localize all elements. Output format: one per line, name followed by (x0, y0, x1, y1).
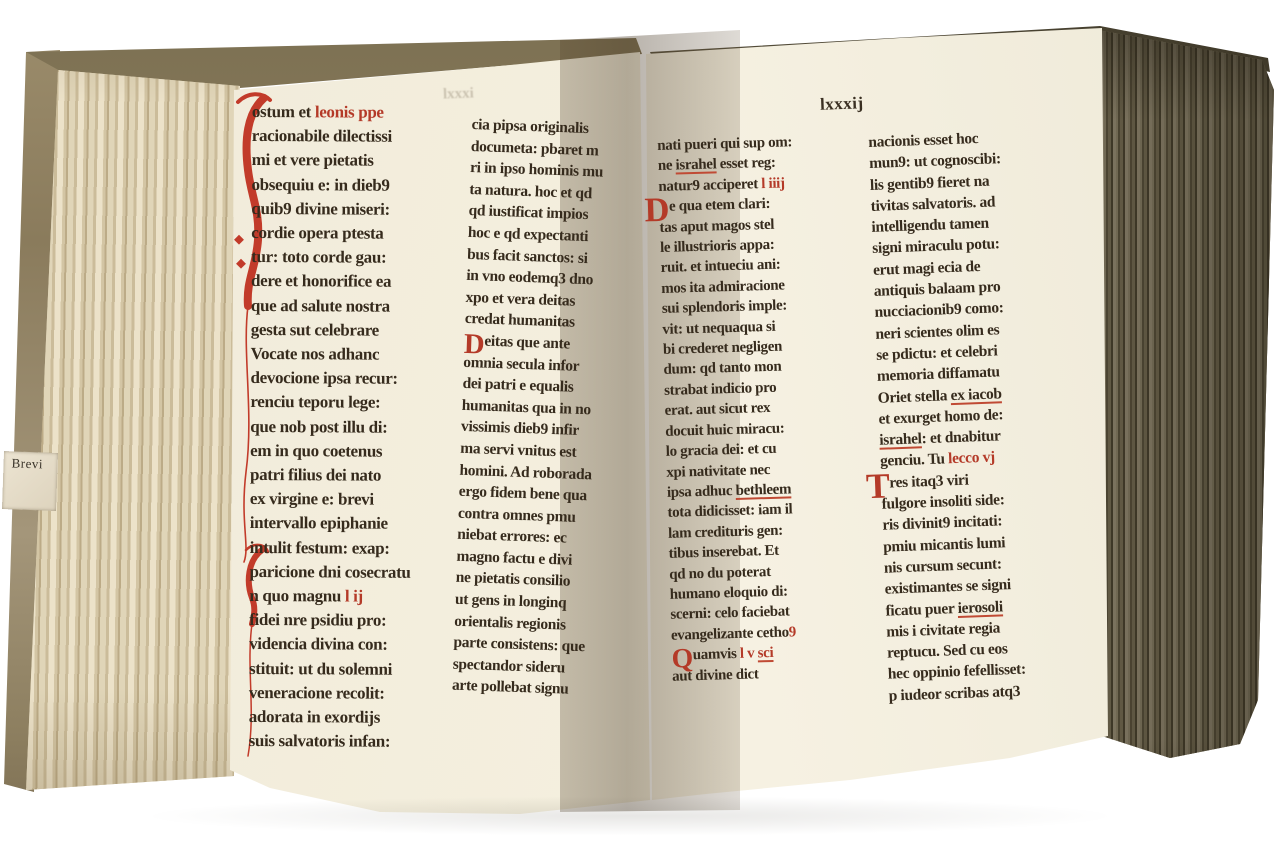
manuscript-line: ostum et leonis ppe (252, 100, 474, 125)
manuscript-line: que nob post illu di: (250, 415, 472, 440)
manuscript-line: obsequiu e: in dieb9 (251, 173, 473, 198)
manuscript-line: tur: toto corde gau: (251, 245, 473, 270)
manuscript-line: adorata in exordijs (249, 705, 471, 730)
manuscript-line: quib9 divine miseri: (251, 197, 473, 222)
manuscript-line: racionabile dilectissi (252, 124, 474, 149)
manuscript-line: devocione ipsa recur: (250, 366, 472, 391)
manuscript-line: suis salvatoris infan: (249, 729, 471, 754)
text-column-1: ostum et leonis pperacionabile dilectiss… (249, 100, 474, 755)
manuscript-line: que ad salute nostra (251, 294, 473, 319)
manuscript-line: gesta sut celebrare (251, 318, 473, 343)
folio-number: lxxxij (820, 93, 864, 115)
manuscript-line: paricione dni cosecratu (249, 560, 471, 585)
manuscript-line: Vocate nos adhanc (251, 342, 473, 367)
text-column-3: nati pueri qui sup om:ne israhel esset r… (657, 130, 878, 687)
text-column-4: nacionis esset hocmun9: ut cognoscibi:li… (868, 124, 1111, 707)
manuscript-line: stituit: ut du solemni (249, 657, 471, 682)
spine-label-text: Brevi (11, 455, 43, 471)
manuscript-line: intervallo epiphanie (250, 511, 472, 536)
manuscript-line: ex virgine e: brevi (250, 487, 472, 512)
manuscript-line: mi et vere pietatis (252, 148, 474, 173)
manuscript-line: veneracione recolit: (249, 681, 471, 706)
manuscript-line: cordie opera ptesta (251, 221, 473, 246)
manuscript-line: dere et honorifice ea (251, 269, 473, 294)
manuscript-line: fidei nre psidiu pro: (249, 608, 471, 633)
spine-label: Brevi (2, 451, 58, 511)
manuscript-line: videncia divina con: (249, 632, 471, 657)
manuscript-photo: Brevi lxxxi lxxxij ostum et leonis ppera… (0, 0, 1280, 860)
manuscript-line: patri filius dei nato (250, 463, 472, 488)
text-column-2: cia pipsa originalisdocumeta: pbaret mri… (452, 114, 662, 703)
manuscript-line: n quo magnu l ij (249, 584, 471, 609)
manuscript-line: intulit festum: exap: (250, 536, 472, 561)
manuscript-line: em in quo coetenus (250, 439, 472, 464)
manuscript-line: renciu teporu lege: (250, 390, 472, 415)
